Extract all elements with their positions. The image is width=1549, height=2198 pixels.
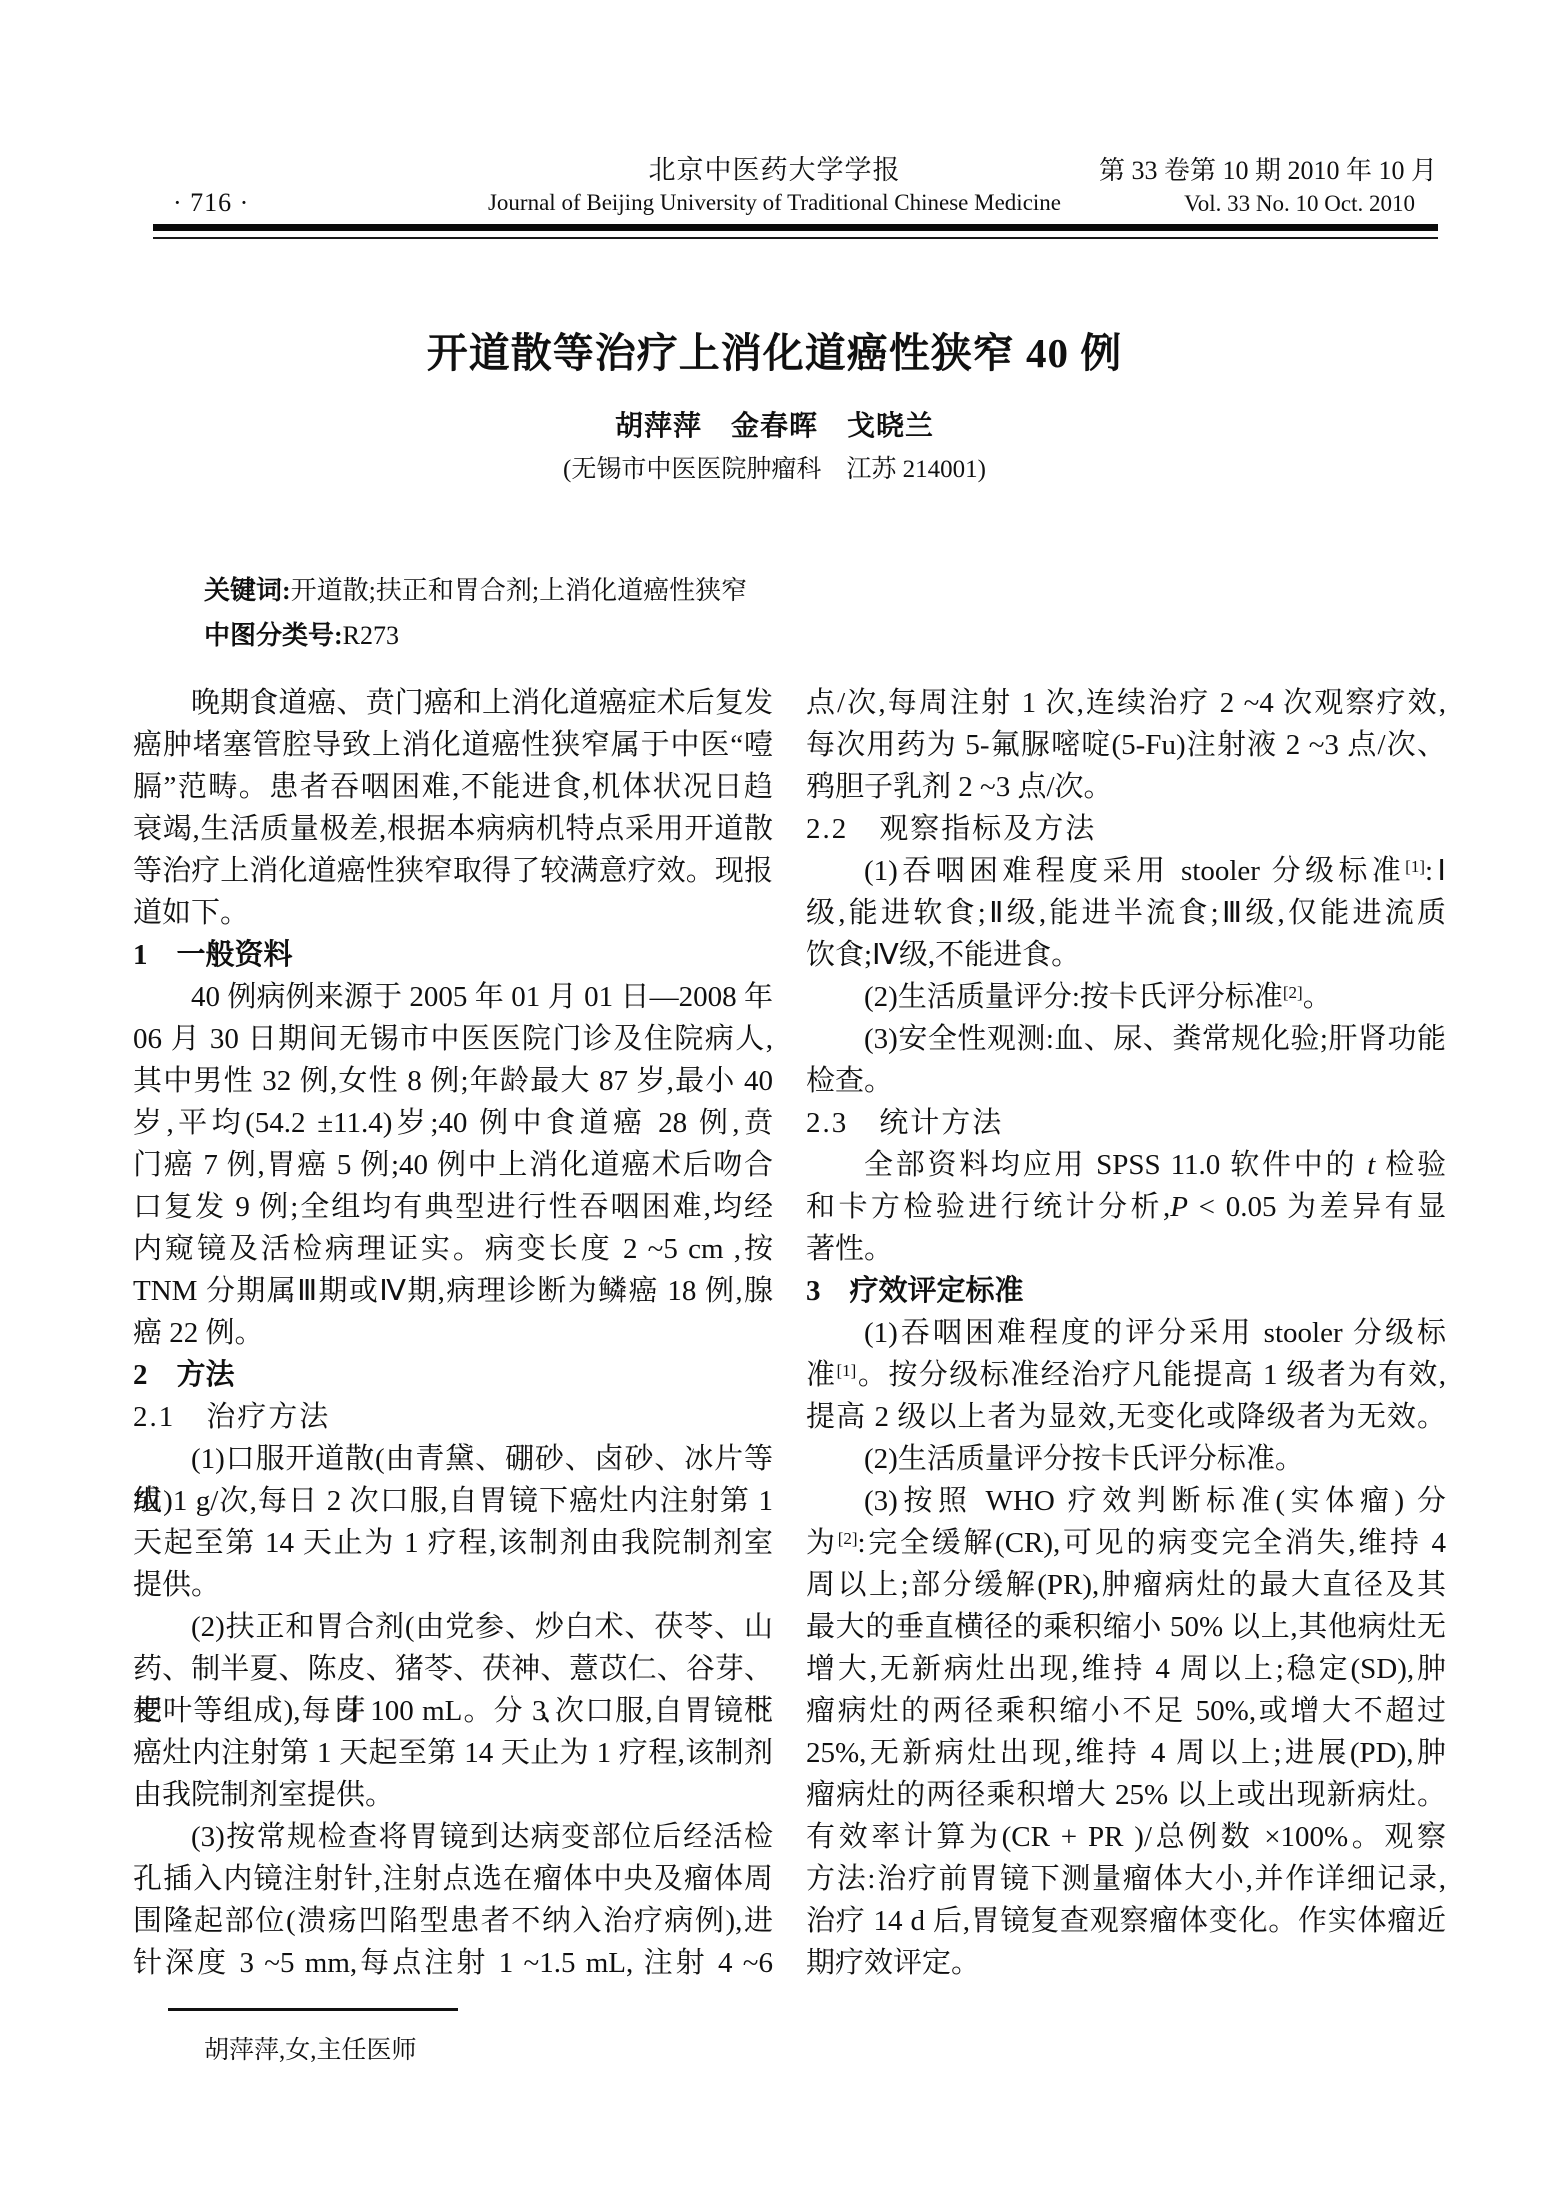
text-line: 内窥镜及活检病理证实。病变长度 2 ~5 cm ,按: [133, 1228, 773, 1270]
text-line: 提高 2 级以上者为显效,无变化或降级者为无效。: [806, 1396, 1446, 1438]
reference-superscript: [2]: [1283, 983, 1303, 1002]
text-line: 方法:治疗前胃镜下测量瘤体大小,并作详细记录,: [806, 1858, 1446, 1900]
section-heading: 2.1 治疗方法: [133, 1396, 773, 1438]
text-line: 周以上;部分缓解(PR),肿瘤病灶的最大直径及其: [806, 1564, 1446, 1606]
text-line: 等治疗上消化道癌性狭窄取得了较满意疗效。现报: [133, 850, 773, 892]
text-line: 40 例病例来源于 2005 年 01 月 01 日—2008 年: [133, 976, 773, 1018]
text-line: TNM 分期属Ⅲ期或Ⅳ期,病理诊断为鳞癌 18 例,腺: [133, 1270, 773, 1312]
text-line: 由我院制剂室提供。: [133, 1774, 773, 1816]
text-line: 道如下。: [133, 892, 773, 934]
author-names: 胡萍萍 金春晖 戈晓兰: [0, 404, 1549, 444]
article-title: 开道散等治疗上消化道癌性狭窄 40 例: [0, 320, 1549, 379]
keywords-block: 关键词:开道散;扶正和胃合剂;上消化道癌性狭窄中图分类号:R273: [204, 568, 904, 658]
text-line: (2)扶正和胃合剂(由党参、炒白术、茯苓、山: [133, 1606, 773, 1648]
author-footnote: 胡萍萍,女,主任医师: [204, 2030, 417, 2072]
issue-info-cn: 第 33 卷第 10 期 2010 年 10 月: [1099, 150, 1437, 187]
text-line: (1)口服开道散(由青黛、硼砂、卤砂、冰片等组: [133, 1438, 773, 1480]
text-line: 治疗 14 d 后,胃镜复查观察瘤体变化。作实体瘤近: [806, 1900, 1446, 1942]
text-line: 围隆起部位(溃疡凹陷型患者不纳入治疗病例),进: [133, 1900, 773, 1942]
text-line: 其中男性 32 例,女性 8 例;年龄最大 87 岁,最小 40: [133, 1060, 773, 1102]
text-line: 针深度 3 ~5 mm,每点注射 1 ~1.5 mL, 注射 4 ~6: [133, 1942, 773, 1984]
text-line: 每次用药为 5-氟脲嘧啶(5-Fu)注射液 2 ~3 点/次、: [806, 724, 1446, 766]
text-line: 衰竭,生活质量极差,根据本病病机特点采用开道散: [133, 808, 773, 850]
author-affiliation: (无锡市中医医院肿瘤科 江苏 214001): [0, 449, 1549, 485]
section-heading: 2 方法: [133, 1354, 773, 1396]
text-line: 鸦胆子乳剂 2 ~3 点/次。: [806, 766, 1446, 808]
text-line: 期疗效评定。: [806, 1942, 1446, 1984]
left-column: 晚期食道癌、贲门癌和上消化道癌症术后复发癌肿堵塞管腔导致上消化道癌性狭窄属于中医…: [133, 682, 773, 1984]
text-line: (3)安全性观测:血、尿、粪常规化验;肝肾功能: [806, 1018, 1446, 1060]
text-line: 瘤病灶的两径乘积缩小不足 50%,或增大不超过: [806, 1690, 1446, 1732]
text-line: 有效率计算为(CR + PR )/总例数 ×100%。观察: [806, 1816, 1446, 1858]
text-line: 药、制半夏、陈皮、猪苓、茯神、薏苡仁、谷芽、麦芽、枇: [133, 1648, 773, 1690]
text-line: 天起至第 14 天止为 1 疗程,该制剂由我院制剂室: [133, 1522, 773, 1564]
text-line: 点/次,每周注射 1 次,连续治疗 2 ~4 次观察疗效,: [806, 682, 1446, 724]
section-heading: 3 疗效评定标准: [806, 1270, 1446, 1312]
text-line: (3)按照 WHO 疗效判断标准(实体瘤) 分: [806, 1480, 1446, 1522]
text-line: (1)吞咽困难程度的评分采用 stooler 分级标: [806, 1312, 1446, 1354]
text-line: 晚期食道癌、贲门癌和上消化道癌症术后复发: [133, 682, 773, 724]
reference-superscript: [1]: [837, 1361, 857, 1380]
text-line: 口复发 9 例;全组均有典型进行性吞咽困难,均经: [133, 1186, 773, 1228]
text-line: 岁,平均(54.2 ±11.4)岁;40 例中食道癌 28 例,贲: [133, 1102, 773, 1144]
text-line: 成)1 g/次,每日 2 次口服,自胃镜下癌灶内注射第 1: [133, 1480, 773, 1522]
text-line: 饮食;Ⅳ级,不能进食。: [806, 934, 1446, 976]
text-line: 最大的垂直横径的乘积缩小 50% 以上,其他病灶无: [806, 1606, 1446, 1648]
text-line: 提供。: [133, 1564, 773, 1606]
text-line: 全部资料均应用 SPSS 11.0 软件中的 t 检验: [806, 1144, 1446, 1186]
text-line: 孔插入内镜注射针,注射点选在瘤体中央及瘤体周: [133, 1858, 773, 1900]
text-line: 杷叶等组成),每日 100 mL。分 3 次口服,自胃镜下: [133, 1690, 773, 1732]
text-line: 级,能进软食;Ⅱ级,能进半流食;Ⅲ级,仅能进流质: [806, 892, 1446, 934]
text-line: 癌肿堵塞管腔导致上消化道癌性狭窄属于中医“噎: [133, 724, 773, 766]
text-line: 癌 22 例。: [133, 1312, 773, 1354]
reference-superscript: [1]: [1405, 857, 1425, 876]
footnote-rule: [168, 2008, 458, 2011]
reference-superscript: [2]: [838, 1529, 858, 1548]
text-line: 著性。: [806, 1228, 1446, 1270]
text-line: 关键词:开道散;扶正和胃合剂;上消化道癌性狭窄: [204, 568, 904, 613]
text-line: (2)生活质量评分按卡氏评分标准。: [806, 1438, 1446, 1480]
header-rule-thin: [153, 237, 1438, 239]
text-line: (2)生活质量评分:按卡氏评分标准[2]。: [806, 976, 1446, 1018]
text-line: 增大,无新病灶出现,维持 4 周以上;稳定(SD),肿: [806, 1648, 1446, 1690]
header-rule-thick: [153, 224, 1438, 231]
text-line: (3)按常规检查将胃镜到达病变部位后经活检: [133, 1816, 773, 1858]
text-line: 准[1]。按分级标准经治疗凡能提高 1 级者为有效,: [806, 1354, 1446, 1396]
scanned-paper-page: · 716 · 北京中医药大学学报 第 33 卷第 10 期 2010 年 10…: [0, 0, 1549, 2198]
text-line: 06 月 30 日期间无锡市中医医院门诊及住院病人,: [133, 1018, 773, 1060]
text-line: 为[2]:完全缓解(CR),可见的病变完全消失,维持 4: [806, 1522, 1446, 1564]
issue-info-en: Vol. 33 No. 10 Oct. 2010: [1184, 191, 1415, 217]
text-line: 膈”范畴。患者吞咽困难,不能进食,机体状况日趋: [133, 766, 773, 808]
text-line: (1)吞咽困难程度采用 stooler 分级标准[1]:Ⅰ: [806, 850, 1446, 892]
right-column: 点/次,每周注射 1 次,连续治疗 2 ~4 次观察疗效,每次用药为 5-氟脲嘧…: [806, 682, 1446, 1984]
text-line: 中图分类号:R273: [204, 613, 904, 658]
text-line: 和卡方检验进行统计分析,P < 0.05 为差异有显: [806, 1186, 1446, 1228]
section-heading: 1 一般资料: [133, 934, 773, 976]
section-heading: 2.3 统计方法: [806, 1102, 1446, 1144]
text-line: 癌灶内注射第 1 天起至第 14 天止为 1 疗程,该制剂: [133, 1732, 773, 1774]
text-line: 检查。: [806, 1060, 1446, 1102]
text-line: 门癌 7 例,胃癌 5 例;40 例中上消化道癌术后吻合: [133, 1144, 773, 1186]
section-heading: 2.2 观察指标及方法: [806, 808, 1446, 850]
text-line: 瘤病灶的两径乘积增大 25% 以上或出现新病灶。: [806, 1774, 1446, 1816]
text-line: 25%,无新病灶出现,维持 4 周以上;进展(PD),肿: [806, 1732, 1446, 1774]
